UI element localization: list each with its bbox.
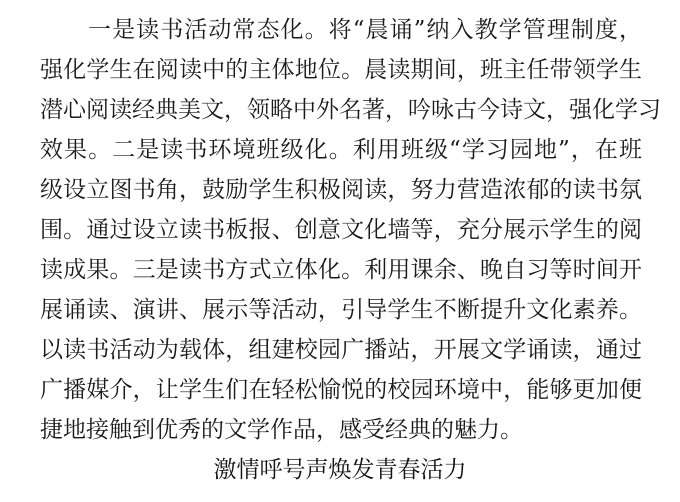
paragraph-line: 展诵读、演讲、展示等活动，引导学生不断提升文化素养。 — [40, 290, 642, 330]
paragraph-line: 一是读书活动常态化。将“晨诵”纳入教学管理制度， — [88, 10, 642, 50]
paragraph-line: 广播媒介，让学生们在轻松愉悦的校园环境中，能够更加便 — [40, 370, 642, 410]
paragraph-line: 捷地接触到优秀的文学作品，感受经典的魅力。 — [40, 410, 642, 450]
paragraph-line: 围。通过设立读书板报、创意文化墙等，充分展示学生的阅 — [40, 210, 642, 250]
paragraph-line: 潜心阅读经典美文，领略中外名著，吟咏古今诗文，强化学习 — [40, 90, 642, 130]
paragraph-line: 级设立图书角，鼓励学生积极阅读，努力营造浓郁的读书氛 — [40, 170, 642, 210]
paragraph-line: 以读书活动为载体，组建校园广播站，开展文学诵读，通过 — [40, 330, 642, 370]
paragraph-line: 读成果。三是读书方式立体化。利用课余、晚自习等时间开 — [40, 250, 642, 290]
paragraph-line: 效果。二是读书环境班级化。利用班级“学习园地”，在班 — [40, 130, 642, 170]
paragraph-line: 强化学生在阅读中的主体地位。晨读期间，班主任带领学生 — [40, 50, 642, 90]
document-page: 一是读书活动常态化。将“晨诵”纳入教学管理制度， 强化学生在阅读中的主体地位。晨… — [0, 0, 680, 502]
section-heading: 激情呼号声焕发青春活力 — [0, 450, 680, 490]
